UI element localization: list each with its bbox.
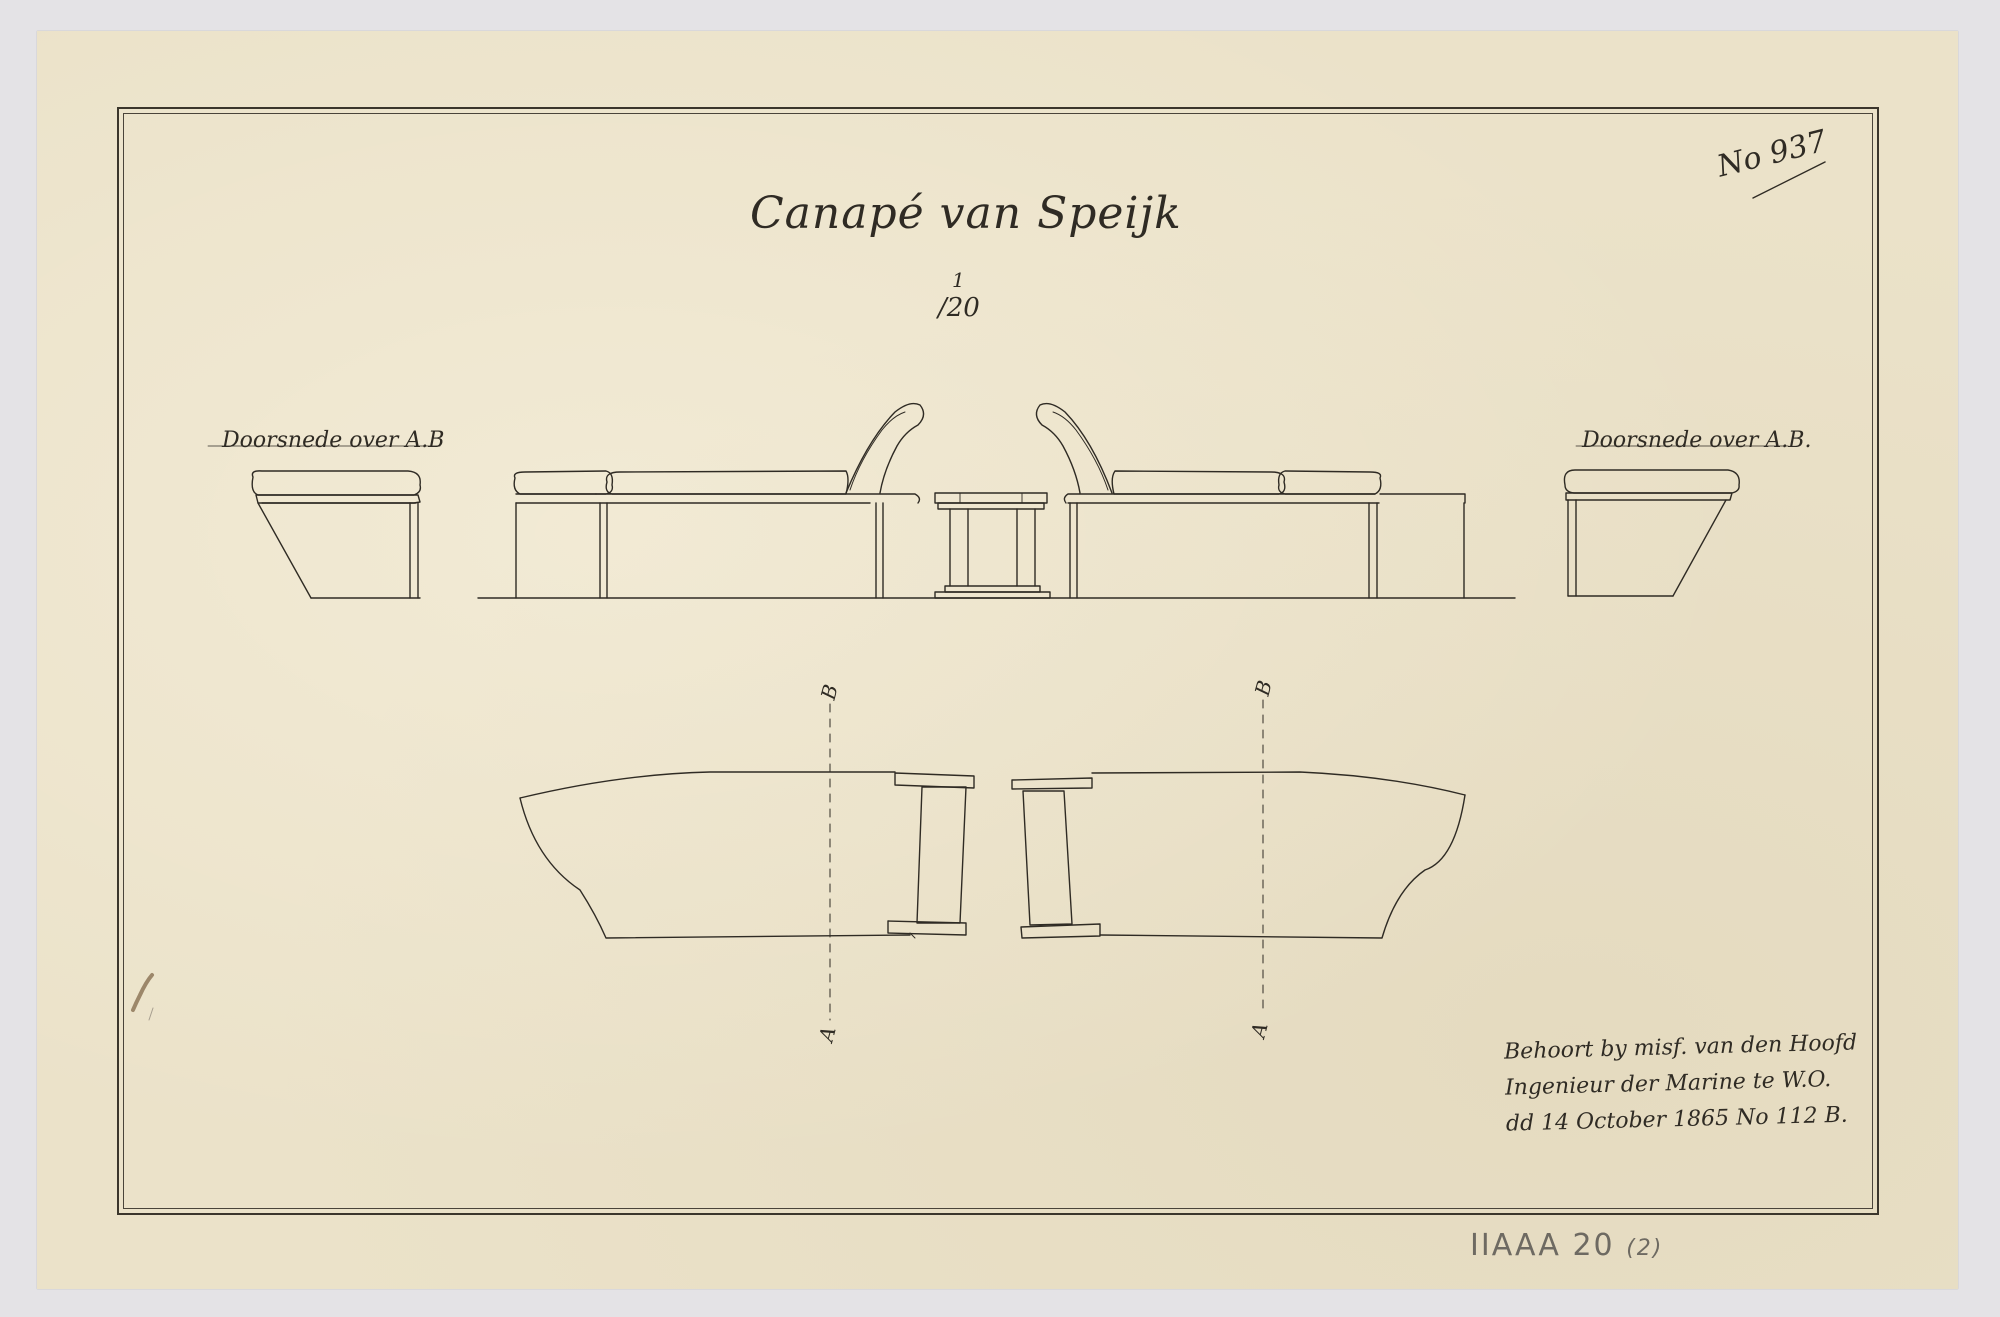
archive-code: IIAAA 20 (1470, 1228, 1615, 1263)
left-section-view (252, 471, 420, 598)
plan-view (520, 700, 1465, 1020)
archive-mark: IIAAA 20 (2) (1470, 1228, 1663, 1263)
front-elevation-view (478, 404, 1515, 598)
attribution-note: Behoort by misf. van den Hoofd Ingenieur… (1504, 1025, 1860, 1142)
sheet-number-underline (1753, 162, 1825, 198)
archive-sub: (2) (1626, 1236, 1663, 1261)
right-section-view (1564, 470, 1739, 596)
